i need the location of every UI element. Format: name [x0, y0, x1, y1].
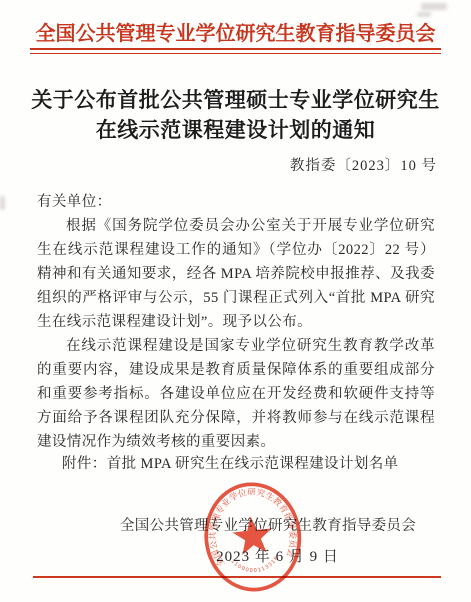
salutation: 有关单位：: [37, 190, 435, 214]
signoff-org-name: 全国公共管理专业学位研究生教育指导委员会: [120, 514, 414, 535]
official-seal: 全国公共管理专业学位研究生教育指导委员会 1100000113318: [190, 471, 316, 602]
signoff-date: 2023 年 6 月 9 日: [150, 545, 405, 566]
scan-artifact: [417, 12, 431, 17]
scan-artifact: [421, 3, 447, 10]
notice-title: 关于公布首批公共管理硕士专业学位研究生 在线示范课程建设计划的通知: [0, 85, 471, 145]
document-page: 全国公共管理专业学位研究生教育指导委员会 关于公布首批公共管理硕士专业学位研究生…: [0, 0, 471, 602]
body-paragraph-2: 在线示范课程建设是国家专业学位研究生教育教学改革的重要内容，建设成果是教育质量保…: [37, 334, 435, 454]
footer-rule: [33, 576, 441, 578]
notice-body: 有关单位： 根据《国务院学位委员会办公室关于开展专业学位研究生在线示范课程建设工…: [37, 190, 435, 454]
letterhead-double-rule: [30, 48, 441, 54]
notice-title-line-2: 在线示范课程建设计划的通知: [0, 115, 471, 145]
letterhead-rule-thick: [30, 48, 441, 50]
letterhead-org-name: 全国公共管理专业学位研究生教育指导委员会: [0, 17, 471, 46]
official-seal-svg: 全国公共管理专业学位研究生教育指导委员会 1100000113318: [190, 471, 316, 602]
notice-title-line-1: 关于公布首批公共管理硕士专业学位研究生: [0, 85, 471, 115]
scan-artifact: [0, 196, 5, 210]
attachment-line: 附件：首批 MPA 研究生在线示范课程建设计划名单: [62, 452, 399, 473]
body-paragraph-1: 根据《国务院学位委员会办公室关于开展专业学位研究生在线示范课程建设工作的通知》（…: [37, 214, 435, 334]
letterhead-rule-thin: [30, 53, 441, 54]
doc-number: 教指委〔2023〕10 号: [290, 154, 437, 175]
